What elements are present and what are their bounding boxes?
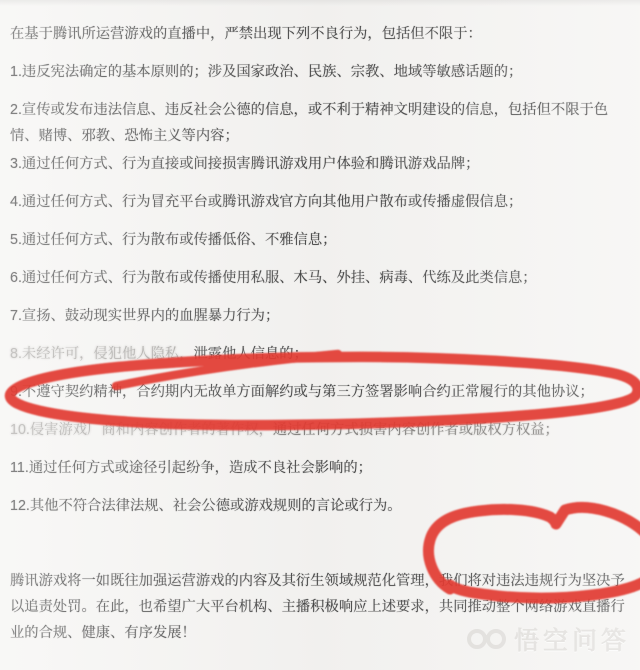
announcement-document: 在基于腾讯所运营游戏的直播中，严禁出现下列不良行为，包括但不限于： 1.违反宪法… [0,0,640,670]
rule-item-11: 11.通过任何方式或途径引起纷争，造成不良社会影响的； [10,455,634,481]
rule-item-10-faded-text: 10.侵害游戏厂商和内容创作者的著作权， [10,422,273,438]
rule-item-8: 8.未经许可，侵犯他人隐私，泄露他人信息的； [10,341,634,367]
rule-item-7: 7.宣扬、鼓动现实世界内的血腥暴力行为； [10,303,634,329]
rule-item-6: 6.通过任何方式、行为散布或传播使用私服、木马、外挂、病毒、代练及此类信息； [10,265,634,291]
wukong-logo-icon [467,628,507,650]
rule-item-9: 9.不遵守契约精神，合约期内无故单方面解约或与第三方签署影响合约正常履行的其他协… [10,379,634,405]
intro-paragraph: 在基于腾讯所运营游戏的直播中，严禁出现下列不良行为，包括但不限于： [10,21,634,47]
rule-item-3: 3.通过任何方式、行为直接或间接损害腾讯游戏用户体验和腾讯游戏品牌； [10,151,634,177]
rule-item-8-clear-text: 泄露他人信息的； [194,346,308,362]
rule-item-4: 4.通过任何方式、行为冒充平台或腾讯游戏官方向其他用户散布或传播虚假信息； [10,189,634,215]
rule-item-5: 5.通过任何方式、行为散布或传播低俗、不雅信息； [10,227,634,253]
rule-item-12: 12.其他不符合法律法规、社会公德或游戏规则的言论或行为。 [10,493,634,519]
rule-item-10: 10.侵害游戏厂商和内容创作者的著作权，通过任何方式损害内容创作者或版权方权益； [10,417,634,443]
rule-item-8-faded-text: 8.未经许可，侵犯他人隐私， [10,346,194,362]
wukong-wenda-watermark: 悟空问答 [467,621,630,657]
rule-item-2: 2.宣传或发布违法信息、违反社会公德的信息，或不利于精神文明建设的信息，包括但不… [10,97,634,149]
rule-item-1: 1.违反宪法确定的基本原则的；涉及国家政治、民族、宗教、地域等敏感话题的； [10,59,634,85]
watermark-label: 悟空问答 [514,621,630,657]
rule-item-10-clear-text: 通过任何方式损害内容创作者或版权方权益； [273,422,559,438]
